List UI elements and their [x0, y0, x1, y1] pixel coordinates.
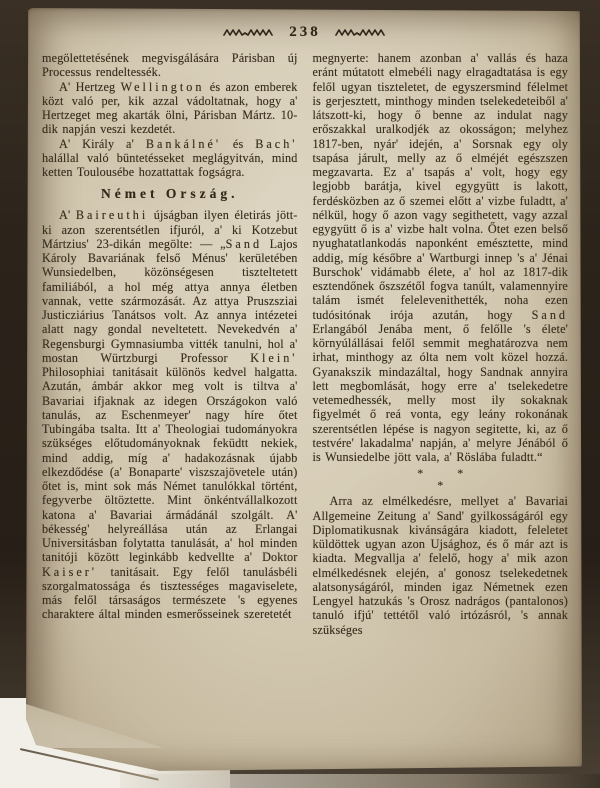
text-segment: Bach' [255, 137, 297, 151]
page-number: 238 [289, 24, 321, 41]
two-column-text: megölettetésének megvisgálására Párisban… [42, 51, 568, 637]
text-segment: Erlangából Jenába ment, ő felőlle 's éle… [313, 322, 569, 464]
column-right: megnyerte: hanem azonban a' vallás és ha… [313, 51, 569, 637]
text-segment: Philosophiai tanitásait különös kedvel h… [42, 365, 298, 564]
paper: 238 megölettetésének megvisgálására Pári… [26, 8, 582, 774]
column-left: megölettetésének megvisgálására Párisban… [42, 51, 298, 637]
paragraph: megölettetésének megvisgálására Párisban… [42, 51, 298, 80]
paragraph: A' Baireuthi újságban ilyen életirás jöt… [42, 208, 298, 621]
asterism-ornament: ** * [313, 468, 569, 491]
page-header: 238 [42, 24, 568, 41]
text-segment: Wellington [121, 80, 205, 94]
paper-bottom-edge-shadow [120, 774, 600, 788]
section-heading: Német Ország. [42, 186, 298, 202]
text-segment: A' Hertzeg [59, 80, 121, 94]
text-segment: Klein' [250, 351, 297, 365]
text-segment: A' [59, 208, 76, 222]
asterism-bottom-row: * [313, 479, 569, 491]
page-content: 238 megölettetésének megvisgálására Pári… [26, 8, 582, 774]
text-segment: Sand [226, 237, 262, 251]
text-segment: Sand [532, 308, 568, 322]
text-segment: halállal való büntetésseket meglágyitván… [42, 151, 298, 179]
text-segment: Baireuthi [76, 208, 148, 222]
text-segment: megnyerte: hanem azonban a' vallás és ha… [313, 51, 569, 322]
text-segment: és [221, 137, 255, 151]
text-segment: megölettetésének megvisgálására Párisban… [42, 51, 298, 79]
asterisk: * [437, 480, 443, 491]
text-segment: Bankálné' [146, 137, 221, 151]
paragraph: A' Király a' Bankálné' és Bach' halállal… [42, 137, 298, 180]
text-segment: Lajos Károly Bavariának felső Ménus' ker… [42, 237, 298, 365]
asterisk: * [457, 468, 463, 479]
text-segment: Kaiser' [42, 565, 97, 579]
paragraph: A' Hertzeg Wellington és azon emberek kö… [42, 80, 298, 137]
asterisk: * [417, 468, 423, 479]
zigzag-rule-icon [335, 28, 387, 37]
text-segment: Arra az elmélkedésre, mellyet a' Bavaria… [313, 494, 569, 636]
zigzag-rule-icon [223, 28, 275, 37]
text-segment: A' Király a' [59, 137, 146, 151]
paragraph: Arra az elmélkedésre, mellyet a' Bavaria… [313, 494, 569, 637]
paragraph: megnyerte: hanem azonban a' vallás és ha… [313, 51, 569, 464]
scanned-page: 238 megölettetésének megvisgálására Pári… [0, 0, 600, 788]
